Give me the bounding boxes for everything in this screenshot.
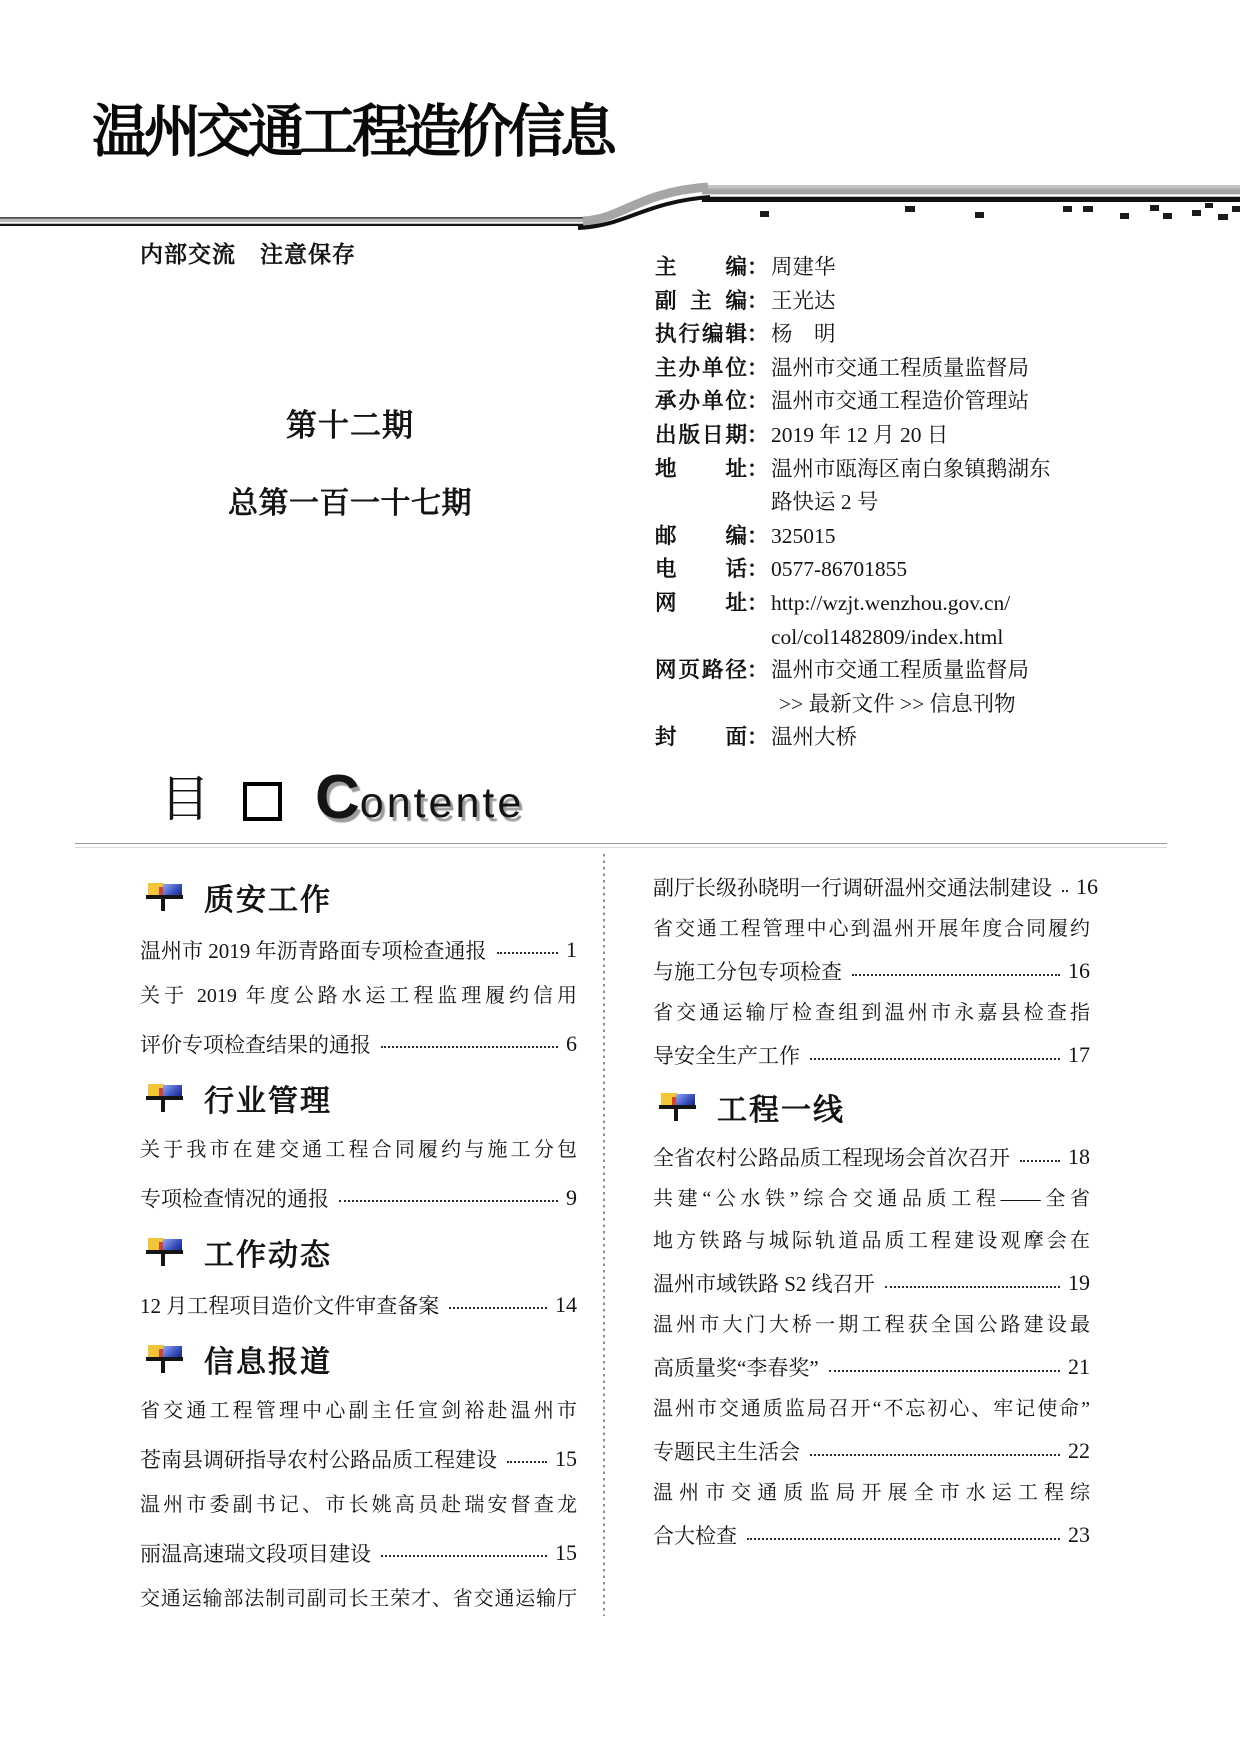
section-bullet-icon <box>146 1342 184 1376</box>
publication-value: 温州市交通工程造价管理站 <box>771 389 1029 413</box>
toc-entry-text: 导安全生产工作 <box>653 1040 800 1070</box>
toc-dot-leader <box>381 1031 558 1048</box>
toc-entry-line: 专项检查情况的通报9 <box>140 1174 577 1221</box>
toc-entry-line: 省交通工程管理中心到温州开展年度合同履约 <box>653 908 1090 950</box>
publication-value: http://wzjt.wenzhou.gov.cn/ <box>771 591 1010 615</box>
deco-band-right <box>702 185 1240 202</box>
publication-label: 承办单位 <box>655 385 747 419</box>
publication-value: 325015 <box>771 524 836 548</box>
toc-dot-leader <box>381 1540 547 1557</box>
heading-rule <box>75 843 1167 848</box>
bullet-part-bv <box>674 1105 678 1121</box>
publication-value: 温州市交通工程质量监督局 <box>771 356 1029 380</box>
toc-section-header: 工程一线 <box>659 1080 1090 1134</box>
toc-entry-line: 合大检查23 <box>653 1514 1090 1556</box>
issue-cumulative-number: 总第一百一十七期 <box>175 478 525 522</box>
toc-dot-leader <box>449 1292 547 1309</box>
toc-page-number: 17 <box>1068 1042 1090 1068</box>
toc-page-number: 15 <box>555 1446 577 1472</box>
publication-row: 执行编辑：杨 明 <box>655 318 1105 352</box>
deco-dash <box>1150 205 1159 211</box>
toc-section-label: 信息报道 <box>204 1337 332 1381</box>
publication-label: 网页路径 <box>655 654 747 688</box>
toc-section-header: 行业管理 <box>146 1071 577 1125</box>
toc-dot-leader <box>497 937 559 954</box>
toc-entry-line: 温州市委副书记、市长姚高员赴瑞安督查龙 <box>140 1482 577 1529</box>
toc-dot-leader <box>852 959 1060 976</box>
toc-dot-leader <box>1020 1145 1060 1162</box>
toc-page-number: 23 <box>1068 1522 1090 1548</box>
toc-entry-line: 副厅长级孙晓明一行调研温州交通法制建设16 <box>653 866 1090 908</box>
toc-page-number: 22 <box>1068 1438 1090 1464</box>
toc-page-number: 16 <box>1076 874 1098 900</box>
publication-value: 周建华 <box>771 255 836 279</box>
publication-value: 2019 年 12 月 20 日 <box>771 423 948 447</box>
toc-column-left: 质安工作温州市 2019 年沥青路面专项检查通报1关于 2019 年度公路水运工… <box>140 866 577 1623</box>
table-of-contents: 质安工作温州市 2019 年沥青路面专项检查通报1关于 2019 年度公路水运工… <box>140 866 1092 1623</box>
publication-label: 执行编辑 <box>655 318 747 352</box>
toc-entry-text: 与施工分包专项检查 <box>653 956 842 986</box>
toc-entry-line: 关于我市在建交通工程合同履约与施工分包 <box>140 1127 577 1174</box>
deco-dash <box>1192 210 1201 216</box>
toc-section-header: 信息报道 <box>146 1332 577 1386</box>
contents-heading: 目 C ontente <box>160 762 524 824</box>
section-bullet-icon <box>146 1235 184 1269</box>
bullet-part-bv <box>161 1250 165 1266</box>
publication-row: 电话：0577-86701855 <box>655 553 1105 587</box>
publication-row: 封面：温州大桥 <box>655 721 1105 755</box>
toc-page-number: 14 <box>555 1292 577 1318</box>
deco-line-left <box>0 217 600 226</box>
publication-value: 温州市交通工程质量监督局 <box>771 658 1029 682</box>
toc-entry-text: 温州市域铁路 S2 线召开 <box>653 1268 875 1298</box>
toc-column-right: 副厅长级孙晓明一行调研温州交通法制建设16省交通工程管理中心到温州开展年度合同履… <box>653 866 1090 1556</box>
deco-dash <box>1163 213 1172 219</box>
masthead-title: 温州交通工程造价信息 <box>92 86 612 168</box>
section-bullet-icon <box>146 1081 184 1115</box>
toc-entry-text: 温州市 2019 年沥青路面专项检查通报 <box>140 935 487 965</box>
toc-page-number: 21 <box>1068 1354 1090 1380</box>
publication-row: 网页路径：温州市交通工程质量监督局 <box>655 654 1105 688</box>
toc-page-number: 16 <box>1068 958 1090 984</box>
toc-entry-line: 交通运输部法制司副司长王荣才、省交通运输厅 <box>140 1576 577 1623</box>
publication-label: 地址 <box>655 453 747 487</box>
toc-dot-leader <box>1062 875 1068 892</box>
publication-row: 主编：周建华 <box>655 251 1105 285</box>
deco-dash <box>1232 206 1240 212</box>
publication-value: 温州大桥 <box>771 725 857 749</box>
section-bullet-icon <box>659 1090 697 1124</box>
toc-dot-leader <box>810 1043 1060 1060</box>
toc-section-header: 工作动态 <box>146 1225 577 1279</box>
toc-dot-leader <box>885 1271 1060 1288</box>
publication-value: 温州市瓯海区南白象镇鹅湖东 <box>771 457 1051 481</box>
toc-entry-line: 评价专项检查结果的通报6 <box>140 1020 577 1067</box>
publication-row: 地址：温州市瓯海区南白象镇鹅湖东 <box>655 453 1105 487</box>
toc-entry-text: 合大检查 <box>653 1520 737 1550</box>
section-bullet-icon <box>146 880 184 914</box>
publication-value: col/col1482809/index.html <box>771 625 1003 649</box>
publication-label: 网址 <box>655 587 747 621</box>
deco-dash <box>1083 206 1093 212</box>
deco-dash <box>1120 213 1129 219</box>
issue-number: 第十二期 <box>175 400 525 445</box>
publication-colon: ： <box>747 318 771 352</box>
toc-entry-text: 副厅长级孙晓明一行调研温州交通法制建设 <box>653 872 1052 902</box>
deco-dash <box>975 212 984 218</box>
toc-entry-line: 共建“公水铁”综合交通品质工程——全省 <box>653 1178 1090 1220</box>
publication-colon: ： <box>747 385 771 419</box>
bullet-part-bv <box>161 895 165 911</box>
toc-entry-line: 温州市大门大桥一期工程获全国公路建设最 <box>653 1304 1090 1346</box>
bullet-part-bv <box>161 1357 165 1373</box>
publication-label: 主办单位 <box>655 352 747 386</box>
toc-entry-text: 专题民主生活会 <box>653 1436 800 1466</box>
toc-entry-line: 全省农村公路品质工程现场会首次召开18 <box>653 1136 1090 1178</box>
publication-colon: ： <box>747 285 771 319</box>
toc-entry-text: 12 月工程项目造价文件审查备案 <box>140 1290 439 1320</box>
toc-dot-leader <box>747 1523 1060 1540</box>
toc-entry-line: 温州市域铁路 S2 线召开19 <box>653 1262 1090 1304</box>
toc-page-number: 1 <box>566 937 577 963</box>
publication-row: 邮编：325015 <box>655 520 1105 554</box>
publication-row: 副主编：王光达 <box>655 285 1105 319</box>
publication-value: 0577-86701855 <box>771 557 907 581</box>
publication-row: >> 最新文件 >> 信息刊物 <box>655 688 1105 722</box>
deco-dash <box>1063 206 1072 212</box>
toc-dot-leader <box>339 1185 558 1202</box>
toc-dot-leader <box>507 1446 547 1463</box>
publication-colon: ： <box>747 453 771 487</box>
publication-row: col/col1482809/index.html <box>655 621 1105 655</box>
publication-info: 主编：周建华副主编：王光达执行编辑：杨 明主办单位：温州市交通工程质量监督局承办… <box>655 251 1105 755</box>
publication-value: >> 最新文件 >> 信息刊物 <box>779 692 1016 716</box>
toc-page-number: 18 <box>1068 1144 1090 1170</box>
toc-entry-line: 丽温高速瑞文段项目建设15 <box>140 1529 577 1576</box>
toc-section-header: 质安工作 <box>146 870 577 924</box>
publication-colon: ： <box>747 419 771 453</box>
bullet-part-bv <box>161 1096 165 1112</box>
internal-notice: 内部交流 注意保存 <box>140 236 356 269</box>
publication-colon: ： <box>747 352 771 386</box>
publication-row: 承办单位：温州市交通工程造价管理站 <box>655 385 1105 419</box>
missing-glyph-box <box>243 782 282 821</box>
deco-dash <box>1205 203 1213 208</box>
toc-column-divider <box>603 854 605 1616</box>
contents-word-initial: C <box>315 772 360 824</box>
publication-label: 副主编 <box>655 285 747 319</box>
toc-entry-line: 与施工分包专项检查16 <box>653 950 1090 992</box>
toc-dot-leader <box>810 1439 1060 1456</box>
publication-value: 王光达 <box>771 289 836 313</box>
publication-colon: ： <box>747 520 771 554</box>
toc-section-label: 工作动态 <box>204 1230 332 1274</box>
toc-entry-line: 关于 2019 年度公路水运工程监理履约信用 <box>140 973 577 1020</box>
toc-entry-text: 全省农村公路品质工程现场会首次召开 <box>653 1142 1010 1172</box>
toc-entry-line: 导安全生产工作17 <box>653 1034 1090 1076</box>
deco-dash <box>1218 214 1228 220</box>
deco-swoosh-curve <box>578 180 713 242</box>
toc-entry-line: 省交通工程管理中心副主任宣剑裕赴温州市 <box>140 1388 577 1435</box>
publication-label: 电话 <box>655 553 747 587</box>
publication-label: 邮编 <box>655 520 747 554</box>
deco-dash <box>905 206 915 212</box>
toc-entry-line: 专题民主生活会22 <box>653 1430 1090 1472</box>
contents-word-rest: ontente <box>360 784 524 824</box>
publication-row: 路快运 2 号 <box>655 486 1105 520</box>
toc-entry-line: 温州市交通质监局开展全市水运工程综 <box>653 1472 1090 1514</box>
toc-page-number: 15 <box>555 1540 577 1566</box>
toc-entry-line: 苍南县调研指导农村公路品质工程建设15 <box>140 1435 577 1482</box>
toc-entry-line: 地方铁路与城际轨道品质工程建设观摩会在 <box>653 1220 1090 1262</box>
toc-entry-line: 温州市交通质监局召开“不忘初心、牢记使命” <box>653 1388 1090 1430</box>
publication-label: 封面 <box>655 721 747 755</box>
contents-heading-char: 目 <box>160 774 210 824</box>
publication-value: 杨 明 <box>771 322 836 346</box>
publication-colon: ： <box>747 587 771 621</box>
toc-page-number: 19 <box>1068 1270 1090 1296</box>
toc-section-label: 质安工作 <box>204 875 332 919</box>
toc-entry-line: 温州市 2019 年沥青路面专项检查通报1 <box>140 926 577 973</box>
publication-label: 出版日期 <box>655 419 747 453</box>
publication-colon: ： <box>747 654 771 688</box>
publication-value: 路快运 2 号 <box>771 490 879 514</box>
toc-dot-leader <box>829 1355 1060 1372</box>
publication-label: 主编 <box>655 251 747 285</box>
issue-block: 第十二期 总第一百一十七期 <box>175 400 525 522</box>
toc-entry-text: 专项检查情况的通报 <box>140 1183 329 1213</box>
publication-colon: ： <box>747 553 771 587</box>
publication-colon: ： <box>747 251 771 285</box>
toc-entry-text: 高质量奖“李春奖” <box>653 1352 819 1382</box>
publication-row: 网址：http://wzjt.wenzhou.gov.cn/ <box>655 587 1105 621</box>
publication-row: 出版日期：2019 年 12 月 20 日 <box>655 419 1105 453</box>
toc-entry-line: 高质量奖“李春奖”21 <box>653 1346 1090 1388</box>
deco-dash <box>760 211 769 217</box>
toc-entry-text: 丽温高速瑞文段项目建设 <box>140 1538 371 1568</box>
publication-row: 主办单位：温州市交通工程质量监督局 <box>655 352 1105 386</box>
toc-entry-text: 评价专项检查结果的通报 <box>140 1029 371 1059</box>
toc-entry-line: 12 月工程项目造价文件审查备案14 <box>140 1281 577 1328</box>
toc-entry-line: 省交通运输厅检查组到温州市永嘉县检查指 <box>653 992 1090 1034</box>
toc-section-label: 工程一线 <box>717 1085 845 1129</box>
toc-section-label: 行业管理 <box>204 1076 332 1120</box>
toc-page-number: 9 <box>566 1185 577 1211</box>
toc-entry-text: 苍南县调研指导农村公路品质工程建设 <box>140 1444 497 1474</box>
publication-colon: ： <box>747 721 771 755</box>
toc-page-number: 6 <box>566 1031 577 1057</box>
magazine-cover-page: 温州交通工程造价信息 内部交流 注意保存 第十二期 总第一百一十七期 主编：周建… <box>0 0 1240 1754</box>
